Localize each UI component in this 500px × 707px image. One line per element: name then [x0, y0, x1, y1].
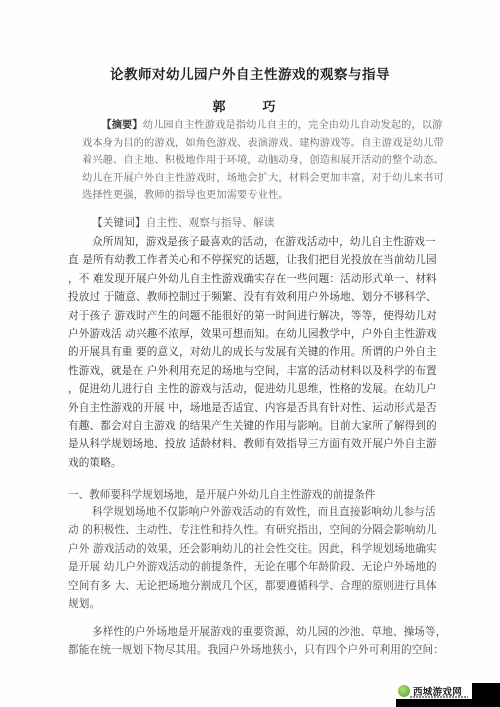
- paragraph-line: 户外 游戏活动的效果，还会影响幼儿的社会性交往。因此，科学规划场地确实: [68, 540, 440, 558]
- paragraph-line: 有趣、都会对自主游戏 的结果产生关键的作用与影响。目前大家所了解得到的: [68, 417, 440, 435]
- paragraph-line: 动 的积极性、主动性、专注性和持久性。有研究指出，空间的分隔会影响幼儿: [68, 521, 440, 539]
- abstract-line: 幼儿园自主性游戏是指幼儿自主的，完全由幼儿自动发起的，以游: [143, 120, 443, 131]
- paragraph-line: 是从科学规划场地、投放 适龄材料、教师有效指导三方面有效开展户外自主游: [68, 435, 440, 453]
- paragraph-line: 空间有多 大、无论把场地分割成几个区，都要遵循科学、合理的原则进行具体: [68, 577, 440, 595]
- paragraph-line: 外自主性游戏的开展 中，场地是否适宜、内容是否具有针对性、运动形式是否: [68, 399, 440, 417]
- paragraph-line: 众所周知，游戏是孩子最喜欢的活动，在游戏活动中，幼儿自主性游戏一: [68, 233, 440, 251]
- paragraph-line: 多样性的户外场地是开展游戏的重要资源，幼儿园的沙池、草地、操场等，: [68, 623, 440, 641]
- keywords-label: 【关键词】: [92, 217, 146, 229]
- paragraph-line: 投放过 于随意、教师控制过于频繁、没有有效利用户外场地、划分不够科学、: [68, 288, 440, 306]
- paragraph-line: 科学规划场地不仅影响户外游戏活动的有效性，而且直接影响幼儿参与活: [68, 503, 440, 521]
- abstract-line: 着兴趣、自主地、积极地作用于环境，动脑动身，创造和展开活动的整个动态。: [82, 152, 434, 170]
- keywords-text: 自主性、观察与指导、解读: [146, 217, 275, 229]
- paragraph-line: 是开展 幼儿户外游戏活动的前提条件，无论在哪个年龄阶段、无论户外场地的: [68, 558, 440, 576]
- paragraph-line: 的开展具有重 要的意义，对幼儿的成长与发展有关键的作用。所谓的户外自主: [68, 343, 440, 361]
- abstract-label: 【摘要】: [101, 119, 142, 131]
- section-paragraph: 科学规划场地不仅影响户外游戏活动的有效性，而且直接影响幼儿参与活 动 的积极性、…: [68, 503, 440, 613]
- paragraph-line: 直 是所有幼教工作者关心和不停探究的话题，让我们把目光投放在当前幼儿园: [68, 251, 440, 269]
- keywords: 【关键词】自主性、观察与指导、解读: [68, 214, 440, 232]
- leaf-globe-icon: [398, 685, 410, 697]
- paragraph-line: 都能在统一规划下物尽其用。我园户外场地狭小，只有四个户外可利用的空间：: [68, 641, 440, 659]
- paragraph-line: 规划。: [68, 595, 440, 613]
- paragraph-line: 戏的策略。: [68, 454, 440, 472]
- intro-paragraph: 众所周知，游戏是孩子最喜欢的活动，在游戏活动中，幼儿自主性游戏一 直 是所有幼教…: [68, 233, 440, 472]
- section-heading: 一、教师要科学规划场地，是开展户外幼儿自主性游戏的前提条件: [68, 487, 375, 502]
- paper-title: 论教师对幼儿园户外自主性游戏的观察与指导: [0, 63, 500, 83]
- document-page: 论教师对幼儿园户外自主性游戏的观察与指导 郭 巧 【摘要】幼儿园自主性游戏是指幼…: [0, 0, 500, 707]
- watermark-subtext: [410, 696, 468, 698]
- section-paragraph: 多样性的户外场地是开展游戏的重要资源，幼儿园的沙池、草地、操场等， 都能在统一规…: [68, 623, 440, 660]
- paragraph-line: ，促进幼儿进行自 主性的游戏与活动，促进幼儿思维，性格的发展。在幼儿户: [68, 380, 440, 398]
- abstract-line: 选择性更强，教师的指导也更加需要专业性。: [82, 187, 434, 205]
- abstract-line: 幼儿在开展户外自主性游戏时，场地会扩大，材料会更加丰富，对于幼儿来书可: [82, 170, 434, 188]
- site-watermark: 西城游戏网: [396, 683, 500, 707]
- abstract: 【摘要】幼儿园自主性游戏是指幼儿自主的，完全由幼儿自动发起的，以游 戏本身为目的…: [82, 117, 434, 205]
- paragraph-line: 性游戏，就是在 户外利用充足的场地与空间，丰富的活动材料以及科学的布置: [68, 362, 440, 380]
- paragraph-line: 户外游戏活 动兴趣不浓厚，效果可想而知。在幼儿园教学中，户外自主性游戏: [68, 325, 440, 343]
- abstract-line: 戏本身为目的的游戏，如角色游戏、表演游戏、建构游戏等。自主游戏是幼儿带: [82, 135, 434, 153]
- paragraph-line: ，不 难发现开展户外幼儿自主性游戏确实存在一些问题：活动形式单一、材料: [68, 270, 440, 288]
- author-name: 郭 巧: [0, 96, 500, 115]
- paragraph-line: 对于孩子 游戏时产生的问题不能很好的第一时间进行解决，等等，使得幼儿对: [68, 307, 440, 325]
